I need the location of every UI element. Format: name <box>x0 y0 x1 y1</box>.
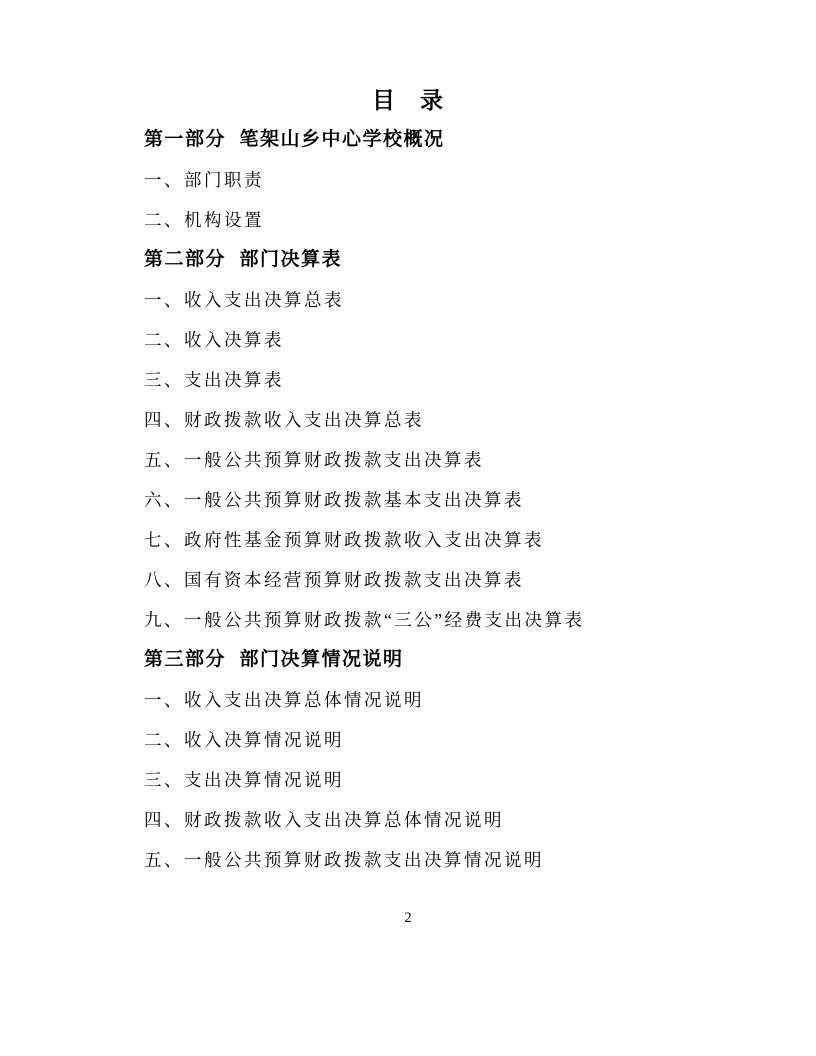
toc-section: 第一部分 笔架山乡中心学校概况 一、部门职责 二、机构设置 <box>144 120 720 240</box>
page-content: 目 录 第一部分 笔架山乡中心学校概况 一、部门职责 二、机构设置 第二部分 部… <box>0 0 816 880</box>
toc-item: 七、政府性基金预算财政拨款收入支出决算表 <box>144 520 720 560</box>
toc-item: 四、财政拨款收入支出决算总体情况说明 <box>144 800 720 840</box>
toc-section: 第二部分 部门决算表 一、收入支出决算总表 二、收入决算表 三、支出决算表 四、… <box>144 240 720 640</box>
toc-item: 五、一般公共预算财政拨款支出决算情况说明 <box>144 840 720 880</box>
toc-item: 三、支出决算情况说明 <box>144 760 720 800</box>
toc-section-heading: 第三部分 部门决算情况说明 <box>144 640 720 680</box>
toc-item: 二、收入决算情况说明 <box>144 720 720 760</box>
toc-item: 六、一般公共预算财政拨款基本支出决算表 <box>144 480 720 520</box>
toc-item: 二、机构设置 <box>144 200 720 240</box>
toc-item: 八、国有资本经营预算财政拨款支出决算表 <box>144 560 720 600</box>
toc-item: 四、财政拨款收入支出决算总表 <box>144 400 720 440</box>
page-number: 2 <box>144 906 672 930</box>
toc-item: 一、部门职责 <box>144 160 720 200</box>
toc-list: 第一部分 笔架山乡中心学校概况 一、部门职责 二、机构设置 第二部分 部门决算表… <box>144 120 720 880</box>
toc-item: 九、一般公共预算财政拨款“三公”经费支出决算表 <box>144 600 720 640</box>
page-title: 目 录 <box>144 80 672 120</box>
toc-item: 三、支出决算表 <box>144 360 720 400</box>
document-page: 目 录 第一部分 笔架山乡中心学校概况 一、部门职责 二、机构设置 第二部分 部… <box>0 0 816 1056</box>
toc-section-heading: 第一部分 笔架山乡中心学校概况 <box>144 120 720 160</box>
toc-item: 五、一般公共预算财政拨款支出决算表 <box>144 440 720 480</box>
toc-item: 一、收入支出决算总表 <box>144 280 720 320</box>
toc-item: 一、收入支出决算总体情况说明 <box>144 680 720 720</box>
toc-item: 二、收入决算表 <box>144 320 720 360</box>
toc-section: 第三部分 部门决算情况说明 一、收入支出决算总体情况说明 二、收入决算情况说明 … <box>144 640 720 880</box>
toc-section-heading: 第二部分 部门决算表 <box>144 240 720 280</box>
